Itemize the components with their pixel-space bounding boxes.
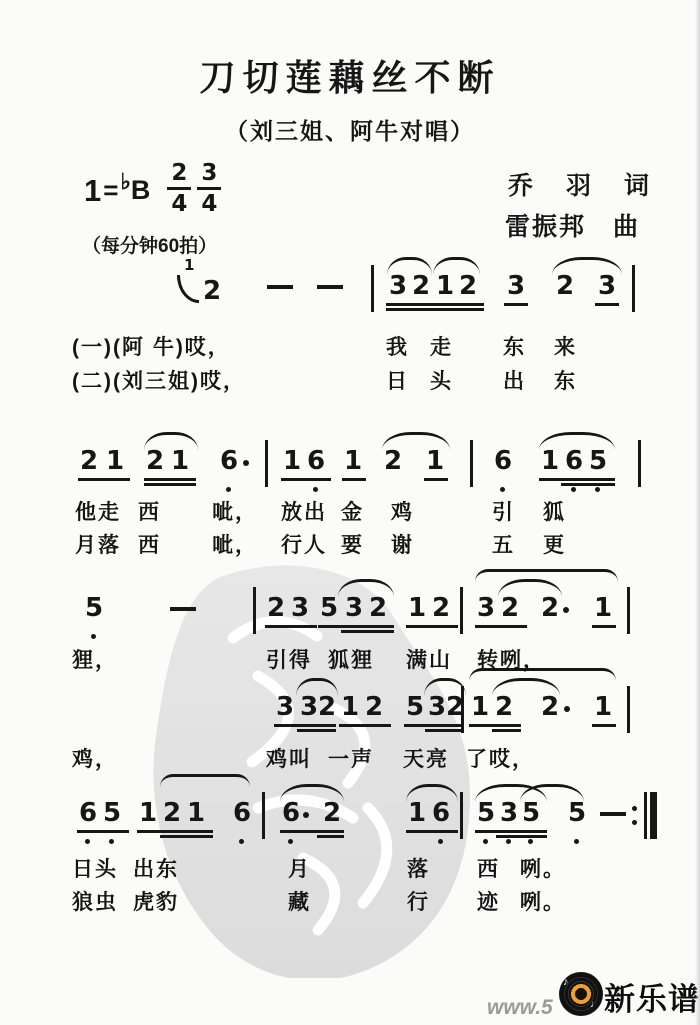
lyric-text: 走	[430, 331, 453, 361]
beam-underline	[406, 830, 458, 833]
lyric-text: 西	[477, 853, 500, 883]
watermark-url: www.5	[487, 996, 553, 1020]
note: 5	[568, 799, 586, 827]
beam-underline	[475, 830, 547, 833]
note: 5	[477, 799, 495, 827]
augmentation-dot	[564, 706, 570, 712]
lyric-text: 天亮	[403, 743, 449, 773]
lyrics-line: (二)(刘三姐)哎，日头出东	[0, 365, 700, 395]
beam-underline	[386, 308, 484, 311]
slur-arc	[382, 432, 450, 450]
lyricist-credit: 乔 羽 词	[508, 166, 653, 202]
note: 1	[594, 693, 612, 721]
lyric-text: 呲，	[212, 496, 258, 526]
time-sig-numerator: 3	[197, 160, 221, 190]
note: 1	[471, 693, 489, 721]
slur-arc	[433, 257, 480, 275]
beam-underline	[595, 303, 619, 306]
lyric-text: 西	[138, 529, 161, 559]
barline	[253, 587, 256, 634]
note: 5	[406, 693, 424, 721]
lyric-text: 西	[138, 496, 161, 526]
beam-underline	[469, 724, 521, 727]
lyric-text: 放出	[281, 496, 327, 526]
lyric-text: 日头	[72, 853, 118, 883]
note: 2	[495, 693, 513, 721]
note: 2	[163, 799, 181, 827]
barline	[627, 587, 630, 634]
octave-dot	[288, 839, 293, 844]
note: 3	[507, 272, 525, 300]
octave-dot	[226, 487, 231, 492]
note: 2	[318, 693, 336, 721]
note: 2	[203, 277, 221, 305]
beam-underline	[342, 478, 366, 481]
note: 6	[79, 799, 97, 827]
note: 6	[307, 447, 325, 475]
lyric-text: 东	[554, 365, 577, 395]
beam-underline	[592, 724, 616, 727]
scan-edge-shadow	[695, 0, 700, 1025]
composer-credit: 雷振邦 曲	[505, 207, 640, 243]
grace-note: 1	[184, 258, 194, 273]
note: 2	[384, 447, 402, 475]
note: 1	[187, 799, 205, 827]
barline	[470, 440, 473, 487]
lyric-text: 东	[503, 331, 526, 361]
lyric-text: 狸，	[72, 644, 118, 674]
beam-underline	[281, 478, 331, 481]
flat-icon: ♭	[120, 169, 130, 195]
note: 3	[291, 594, 309, 622]
beam-underline	[318, 625, 394, 628]
note: 1	[436, 272, 454, 300]
time-sig-denominator: 4	[167, 190, 191, 217]
note: 6	[282, 799, 300, 827]
note: 2	[80, 447, 98, 475]
note: 3	[276, 693, 294, 721]
beam-underline	[137, 830, 213, 833]
lyrics-line: 鸡，鸡叫一声天亮了哎，	[0, 743, 700, 773]
brand-name: 新乐谱	[604, 974, 700, 1019]
octave-dot	[506, 839, 511, 844]
lyric-text: 呲，	[212, 529, 258, 559]
barline-thick	[650, 792, 657, 839]
lyric-text: 藏	[288, 886, 311, 916]
lyric-text: 我	[386, 331, 409, 361]
lyric-text: 谢	[391, 529, 414, 559]
beam-underline	[425, 729, 464, 732]
note: 1	[426, 447, 444, 475]
lyric-text: 引得	[266, 644, 312, 674]
barline	[644, 792, 647, 839]
note: 6	[220, 447, 238, 475]
beam-underline	[78, 478, 130, 481]
note: 2	[369, 594, 387, 622]
lyric-text: 五	[492, 529, 515, 559]
note: 1	[171, 447, 189, 475]
key-tonic: 1	[84, 173, 101, 209]
note: 1	[344, 447, 362, 475]
lyric-text: 狼虫	[72, 886, 118, 916]
lyric-text: 咧。	[520, 853, 566, 883]
slur-arc	[520, 784, 584, 802]
barline	[371, 265, 374, 312]
octave-dot	[91, 634, 96, 639]
beam-underline	[144, 483, 196, 486]
notation-system-1: 123212323	[0, 272, 700, 332]
octave-dot	[85, 839, 90, 844]
lyric-text: 金	[341, 496, 364, 526]
lyric-text: 月落	[75, 529, 121, 559]
octave-dot	[595, 487, 600, 492]
lyric-text: 引	[492, 496, 515, 526]
beam-underline	[404, 724, 464, 727]
note: 2	[556, 272, 574, 300]
tempo-marking: （每分钟60拍）	[82, 231, 217, 258]
lyric-text: 来	[554, 331, 577, 361]
note: 3	[598, 272, 616, 300]
grace-slur	[177, 275, 199, 303]
barline	[460, 792, 463, 839]
note: 3	[300, 693, 318, 721]
beam-underline	[592, 625, 616, 628]
lyric-text: 一声	[328, 743, 374, 773]
barline	[265, 440, 268, 487]
lyrics-line: 狸，引得狐狸满山转咧，	[0, 644, 700, 674]
octave-dot	[571, 487, 576, 492]
slur-arc	[539, 432, 615, 450]
key-equals: =	[103, 175, 118, 206]
lyric-text: (一)(阿 牛)哎，	[72, 331, 231, 361]
time-sig-numerator: 2	[167, 160, 191, 190]
note: 6	[432, 799, 450, 827]
octave-dot	[574, 839, 579, 844]
octave-dot	[313, 487, 318, 492]
note: 5	[85, 594, 103, 622]
sheet-music-page: 刀切莲藕丝不断 （刘三姐、阿牛对唱） 1 = ♭ B 2 4 3 4 （每分钟6…	[0, 0, 700, 1025]
note: 6	[565, 447, 583, 475]
song-subtitle: （刘三姐、阿牛对唱）	[0, 113, 700, 146]
octave-dot	[528, 839, 533, 844]
note: 6	[494, 447, 512, 475]
vinyl-record-icon: ♪ ♩	[559, 972, 603, 1016]
lyric-text: 迹	[477, 886, 500, 916]
slur-arc	[144, 432, 198, 450]
octave-dot	[483, 839, 488, 844]
note: 2	[146, 447, 164, 475]
octave-dot	[239, 839, 244, 844]
beam-underline	[265, 625, 317, 628]
beam-underline	[561, 483, 615, 486]
beam-underline	[280, 830, 344, 833]
note: 1	[341, 693, 359, 721]
note: 1	[408, 799, 426, 827]
note: 2	[541, 594, 559, 622]
record-center-dot	[579, 992, 583, 996]
octave-dot	[500, 487, 505, 492]
beam-underline	[406, 625, 458, 628]
note: 2	[501, 594, 519, 622]
music-note-icon: ♩	[590, 999, 600, 1010]
lyrics-line: 月落西呲，行人要谢五更	[0, 529, 700, 559]
note: 1	[541, 447, 559, 475]
lyric-text: 日	[386, 365, 409, 395]
note: 2	[459, 272, 477, 300]
note: 2	[267, 594, 285, 622]
lyrics-line: (一)(阿 牛)哎，我走东来	[0, 331, 700, 361]
key-signature: 1 = ♭ B 2 4 3 4	[84, 162, 224, 219]
lyric-text: 行	[407, 886, 430, 916]
lyric-text: 月	[288, 853, 311, 883]
lyric-text: 行人	[281, 529, 327, 559]
note: 6	[233, 799, 251, 827]
repeat-dots	[632, 799, 638, 833]
barline	[632, 265, 635, 312]
augmentation-dot	[243, 460, 249, 466]
beam-underline	[539, 478, 615, 481]
lyric-text: 满山	[406, 644, 452, 674]
duration-dash	[170, 607, 196, 611]
slur-arc	[387, 257, 432, 275]
slur-arc	[552, 257, 622, 275]
song-title: 刀切莲藕丝不断	[0, 50, 700, 101]
lyrics-line: 狼虫虎豹藏行迹咧。	[0, 886, 700, 916]
augmentation-dot	[303, 812, 309, 818]
note: 2	[365, 693, 383, 721]
duration-dash	[317, 285, 343, 289]
note: 5	[320, 594, 338, 622]
beam-underline	[496, 835, 547, 838]
beam-underline	[160, 835, 213, 838]
lyric-text: 他走	[75, 496, 121, 526]
augmentation-dot	[563, 607, 569, 613]
lyric-text: 狐狸	[328, 644, 374, 674]
note: 3	[500, 799, 518, 827]
note: 2	[541, 693, 559, 721]
barline	[262, 792, 265, 839]
lyric-text: 转咧，	[477, 644, 546, 674]
time-signature-2-4: 2 4	[167, 160, 191, 217]
lyric-text: 了哎，	[466, 743, 535, 773]
slur-arc	[160, 774, 250, 798]
note: 5	[522, 799, 540, 827]
beam-underline	[386, 303, 484, 306]
note: 3	[477, 594, 495, 622]
time-signature-3-4: 3 4	[197, 160, 221, 217]
barline	[638, 440, 641, 487]
barline	[627, 686, 630, 733]
music-note-icon: ♪	[563, 976, 569, 988]
octave-dot	[438, 839, 443, 844]
lyric-text: 落	[407, 853, 430, 883]
lyric-text: 出东	[133, 853, 179, 883]
note: 1	[408, 594, 426, 622]
note: 1	[283, 447, 301, 475]
beam-underline	[77, 830, 129, 833]
lyric-text: 要	[341, 529, 364, 559]
duration-dash	[600, 812, 626, 816]
note: 5	[589, 447, 607, 475]
time-sig-denominator: 4	[197, 190, 221, 217]
barline	[461, 686, 464, 733]
beam-underline	[504, 303, 528, 306]
lyric-text: 鸡叫	[266, 743, 312, 773]
lyric-text: 狐	[543, 496, 566, 526]
barline	[460, 587, 463, 634]
note: 3	[389, 272, 407, 300]
beam-underline	[297, 729, 336, 732]
lyric-text: (二)(刘三姐)哎，	[72, 365, 246, 395]
note: 3	[345, 594, 363, 622]
lyrics-line: 他走西呲，放出金鸡引狐	[0, 496, 700, 526]
octave-dot	[109, 839, 114, 844]
lyric-text: 鸡，	[72, 743, 118, 773]
note: 3	[428, 693, 446, 721]
note: 2	[432, 594, 450, 622]
note: 1	[106, 447, 124, 475]
note: 2	[323, 799, 341, 827]
note: 1	[139, 799, 157, 827]
beam-underline	[144, 478, 196, 481]
note: 1	[594, 594, 612, 622]
note: 5	[103, 799, 121, 827]
lyric-text: 头	[430, 365, 453, 395]
key-letter: B	[131, 175, 151, 206]
beam-underline	[492, 729, 521, 732]
beam-underline	[341, 630, 394, 633]
note: 2	[412, 272, 430, 300]
lyric-text: 虎豹	[133, 886, 179, 916]
notation-system-5: 65121662165355	[0, 799, 700, 859]
beam-underline	[424, 478, 448, 481]
beam-underline	[274, 724, 336, 727]
lyric-text: 出	[503, 365, 526, 395]
lyric-text: 更	[543, 529, 566, 559]
slur-arc	[475, 569, 618, 593]
lyric-text: 咧。	[520, 886, 566, 916]
beam-underline	[317, 835, 344, 838]
lyric-text: 鸡	[391, 496, 414, 526]
beam-underline	[339, 724, 391, 727]
lyrics-line: 日头出东月落西咧。	[0, 853, 700, 883]
duration-dash	[267, 285, 293, 289]
beam-underline	[475, 625, 527, 628]
